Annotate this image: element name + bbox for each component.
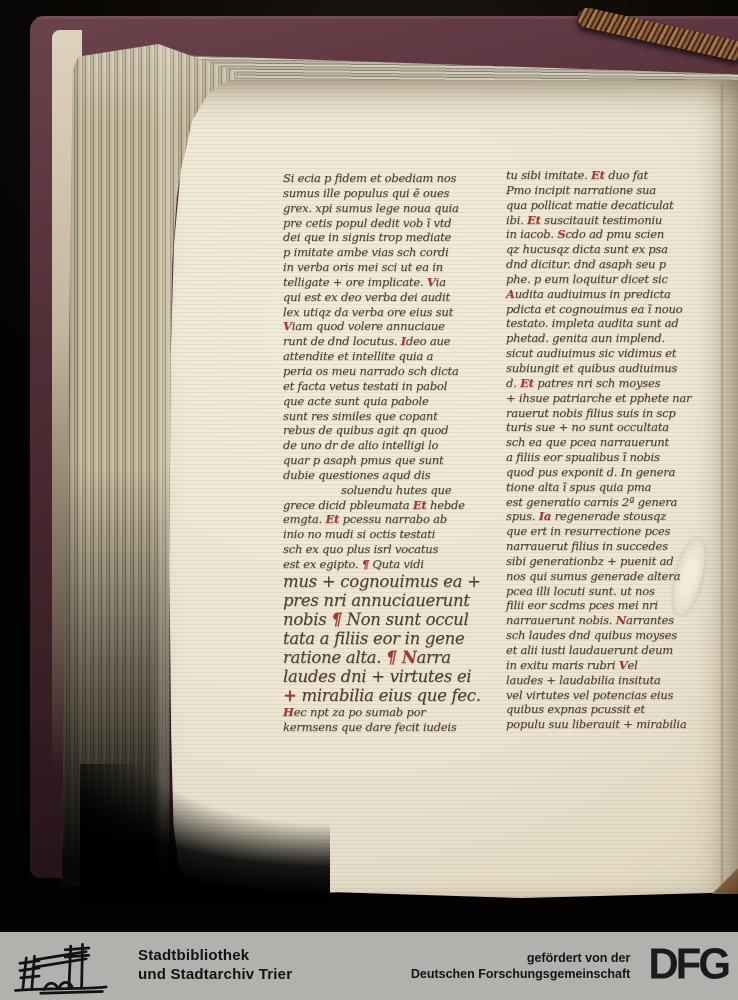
manuscript-line: mus + cognouimus ea + — [283, 572, 489, 591]
manuscript-line: + mirabilia eius que fec. — [283, 686, 489, 705]
manuscript-line: quibus expnas pcussit et — [506, 702, 712, 717]
ink-text: dei que in signis trop mediate — [283, 230, 451, 244]
ink-text: turis sue + no sunt occultata — [506, 420, 669, 434]
ink-text: quibus expnas pcussit et — [506, 702, 645, 716]
ink-text: peria os meu narrado sch dicta — [283, 364, 459, 378]
ink-text: pcea illi locuti sunt. ut nos — [506, 584, 655, 598]
funding-credit: gefördert von der Deutschen Forschungsge… — [411, 950, 631, 983]
funding-line2: Deutschen Forschungsgemeinschaft — [411, 966, 631, 982]
manuscript-line: spus. Ia regenerade stousqz — [506, 509, 712, 524]
ink-text: grex. xpi sumus lege noua quia — [283, 201, 459, 215]
ink-text: lex utiqz da verba ore eius sut — [283, 305, 453, 319]
manuscript-line: pre cetis popul dedit vob ī vtd — [283, 216, 489, 231]
ink-text: mus + cognouimus ea + — [283, 572, 481, 591]
manuscript-line: quod pus exponit d. In genera — [506, 465, 712, 480]
manuscript-line: tu sibi imitate. Et duo fat — [506, 168, 712, 183]
ink-text: el — [628, 658, 638, 672]
ink-text: que ert in resurrectione pces — [506, 524, 670, 538]
manuscript-line: sumus ille populus qui ē oues — [283, 186, 489, 201]
gutter-crease — [720, 84, 724, 884]
manuscript-line: sch laudes dnd quibus moyses — [506, 628, 712, 643]
book-photo: Si ecia p fidem et obediam nossumus ille… — [0, 0, 738, 932]
manuscript-line: pres nri annuciauerunt — [283, 591, 489, 610]
manuscript-line: quar p asaph pmus que sunt — [283, 453, 489, 468]
ink-text: duo fat — [605, 168, 648, 182]
ink-text: ia — [436, 275, 446, 289]
manuscript-line: sicut audiuimus sic vidimus et — [506, 346, 712, 361]
ink-text: a filiis eor spualibus ī nobis — [506, 450, 660, 464]
digitized-manuscript-view: Si ecia p fidem et obediam nossumus ille… — [0, 0, 738, 1000]
manuscript-line: qz hucusqz dicta sunt ex psa — [506, 242, 712, 257]
ink-text: sch ex quo plus isrl vocatus — [283, 542, 438, 556]
text-column-right: tu sibi imitate. Et duo fatPmo incipit n… — [506, 168, 712, 732]
manuscript-line: peria os meu narrado sch dicta — [283, 364, 489, 379]
ink-text: est generatio carnis 2ª genera — [506, 495, 677, 509]
manuscript-line: Hec npt za po sumab por — [283, 705, 489, 720]
ink-text: cdo ad pmu scien — [565, 227, 664, 241]
ink-text: sumus ille populus qui ē oues — [283, 186, 449, 200]
ink-text: grece dicid pbleumata — [283, 498, 413, 512]
ink-text: dubie questiones aqud dis — [283, 468, 430, 482]
ink-text: vel virtutes vel potencias eius — [506, 688, 673, 702]
manuscript-line: pcea illi locuti sunt. ut nos — [506, 584, 712, 599]
manuscript-line: in verba oris mei sci ut ea in — [283, 260, 489, 275]
ink-text: telligate + ore implicate. — [283, 275, 427, 289]
manuscript-line: sch ex quo plus isrl vocatus — [283, 542, 489, 557]
ink-text: subiungit et quibus audiuimus — [506, 361, 677, 375]
ink-text: Si ecia p fidem et obediam nos — [283, 171, 456, 185]
manuscript-line: est ex egipto. ¶ Quta vidi — [283, 557, 489, 572]
manuscript-line: que ert in resurrectione pces — [506, 524, 712, 539]
ink-text: spus. — [506, 509, 539, 523]
ink-text: de uno dr de alio intelligi lo — [283, 438, 438, 452]
ink-text: tu sibi imitate. — [506, 168, 591, 182]
rubricated-text: Ia — [539, 509, 551, 523]
manuscript-line: dubie questiones aqud dis — [283, 468, 489, 483]
ink-text: et facta vetus testati in pabol — [283, 379, 447, 393]
ink-text: qz hucusqz dicta sunt ex psa — [506, 242, 668, 256]
library-name: Stadtbibliothek und Stadtarchiv Trier — [138, 947, 292, 985]
manuscript-line: rauerut nobis filius suis in scp — [506, 406, 712, 421]
ink-text: sunt res similes que copant — [283, 409, 438, 423]
manuscript-line: narrauerut filius in succedes — [506, 539, 712, 554]
ink-text: in iacob. — [506, 227, 557, 241]
manuscript-line: Viam quod volere annuciaue — [283, 319, 489, 334]
ink-text: mirabilia eius que fec. — [297, 686, 481, 705]
manuscript-line: nos qui sumus generade altera — [506, 569, 712, 584]
rubricated-text: Et — [413, 498, 427, 512]
manuscript-line: turis sue + no sunt occultata — [506, 420, 712, 435]
manuscript-line: soluendu hutes que — [283, 483, 489, 498]
ink-text: p imitate ambe vias sch cordi — [283, 245, 449, 259]
rubricated-text: V — [619, 658, 628, 672]
manuscript-line: sch ea que pcea narrauerunt — [506, 435, 712, 450]
ink-text: dnd dicitur. dnd asaph seu p — [506, 257, 666, 271]
ink-text: est ex egipto. — [283, 557, 362, 571]
ink-text: qua pollicat matie decaticulat — [506, 198, 673, 212]
ink-text: regenerade stousqz — [551, 509, 666, 523]
manuscript-line: Si ecia p fidem et obediam nos — [283, 171, 489, 186]
rubricated-text: ¶ — [331, 610, 341, 629]
manuscript-line: nobis ¶ Non sunt occul — [283, 610, 489, 629]
manuscript-line: d. Et patres nri sch moyses — [506, 376, 712, 391]
manuscript-line: telligate + ore implicate. Via — [283, 275, 489, 290]
manuscript-line: vel virtutes vel potencias eius — [506, 688, 712, 703]
manuscript-line: phetad. genita aun implend. — [506, 331, 712, 346]
ink-text: rauerut nobis filius suis in scp — [506, 406, 676, 420]
ink-text: pre cetis popul dedit vob ī vtd — [283, 216, 451, 230]
manuscript-line: qua pollicat matie decaticulat — [506, 198, 712, 213]
manuscript-line: laudes dni + virtutes ei — [283, 667, 489, 686]
ink-text: ibi. — [506, 213, 527, 227]
rubricated-text: A — [506, 287, 515, 301]
rubricated-text: + — [283, 686, 297, 705]
ink-text: Quta vidi — [369, 557, 424, 571]
manuscript-line: tata a filiis eor in gene — [283, 629, 489, 648]
rubricated-text: H — [283, 705, 294, 719]
funding-line1: gefördert von der — [411, 950, 631, 966]
ink-text: pdicta et cognouimus ea ī nouo — [506, 302, 682, 316]
manuscript-line: Audita audiuimus in predicta — [506, 287, 712, 302]
ink-text: suscitauit testimoniu — [541, 213, 662, 227]
rubricated-text: Et — [520, 376, 534, 390]
manuscript-line: kermsens que dare fecit iudeis — [283, 720, 489, 735]
ink-text: Non sunt occul — [342, 610, 469, 629]
ink-text: udita audiuimus in predicta — [515, 287, 671, 301]
porta-nigra-sketch-logo-icon — [12, 938, 124, 996]
bottom-corner-shadow — [80, 764, 330, 904]
ink-text: patres nri sch moyses — [534, 376, 661, 390]
rubricated-text: Et — [591, 168, 605, 182]
manuscript-line: que acte sunt quia pabole — [283, 394, 489, 409]
manuscript-line: rebus de quibus agit qn quod — [283, 423, 489, 438]
ink-text: sch laudes dnd quibus moyses — [506, 628, 677, 642]
manuscript-line: lex utiqz da verba ore eius sut — [283, 305, 489, 320]
manuscript-line: laudes + laudabilia insituta — [506, 673, 712, 688]
ink-text: rebus de quibus agit qn quod — [283, 423, 448, 437]
ink-text: nos qui sumus generade altera — [506, 569, 680, 583]
manuscript-line: populu suu liberauit + mirabilia — [506, 717, 712, 732]
manuscript-line: phe. p eum loquitur dicet sic — [506, 272, 712, 287]
ink-text: filii eor scdms pces mei nri — [506, 598, 658, 612]
manuscript-line: Pmo incipit narratione sua — [506, 183, 712, 198]
ink-text: pres nri annuciauerunt — [283, 591, 470, 610]
ink-text: in verba oris mei sci ut ea in — [283, 260, 443, 274]
ink-text: emgta. — [283, 512, 325, 526]
ink-text: deo aue — [406, 334, 450, 348]
ink-text: soluendu hutes que — [341, 483, 451, 497]
manuscript-line: de uno dr de alio intelligi lo — [283, 438, 489, 453]
manuscript-line: + ihsue patriarche et pphete nar — [506, 391, 712, 406]
rubricated-text: Et — [527, 213, 541, 227]
rubricated-text: V — [427, 275, 436, 289]
ink-text: d. — [506, 376, 520, 390]
ink-text: attendite et intellite quia a — [283, 349, 433, 363]
manuscript-line: subiungit et quibus audiuimus — [506, 361, 712, 376]
footer-banner: Stadtbibliothek und Stadtarchiv Trier ge… — [0, 932, 738, 1000]
manuscript-line: testato. impleta audita sunt ad — [506, 316, 712, 331]
ink-text: phe. p eum loquitur dicet sic — [506, 272, 668, 286]
ink-text: que acte sunt quia pabole — [283, 394, 429, 408]
manuscript-line: p imitate ambe vias sch cordi — [283, 245, 489, 260]
ink-text: runt de dnd locutus. — [283, 334, 401, 348]
ink-text: sch ea que pcea narrauerunt — [506, 435, 669, 449]
library-name-line1: Stadtbibliothek — [138, 947, 292, 966]
manuscript-line: grece dicid pbleumata Et hebde — [283, 498, 489, 513]
ink-text: Pmo incipit narratione sua — [506, 183, 656, 197]
ink-text: kermsens que dare fecit iudeis — [283, 720, 457, 734]
text-column-left: Si ecia p fidem et obediam nossumus ille… — [283, 171, 489, 734]
ink-text: nobis — [283, 610, 331, 629]
manuscript-line: dei que in signis trop mediate — [283, 230, 489, 245]
manuscript-line: pdicta et cognouimus ea ī nouo — [506, 302, 712, 317]
manuscript-line: grex. xpi sumus lege noua quia — [283, 201, 489, 216]
manuscript-line: inio no mudi si octis testati — [283, 527, 489, 542]
ink-text: ratione alta. — [283, 648, 386, 667]
ink-text: narrauerunt nobis. — [506, 613, 616, 627]
ink-text: inio no mudi si octis testati — [283, 527, 435, 541]
ink-text: + ihsue patriarche et pphete nar — [506, 391, 691, 405]
ink-text: laudes + laudabilia insituta — [506, 673, 661, 687]
manuscript-line: a filiis eor spualibus ī nobis — [506, 450, 712, 465]
rubricated-text: ¶ N — [386, 648, 416, 667]
manuscript-line: ratione alta. ¶ Narra — [283, 648, 489, 667]
ink-text: tata a filiis eor in gene — [283, 629, 464, 648]
ink-text: sicut audiuimus sic vidimus et — [506, 346, 676, 360]
rubricated-text: Et — [325, 512, 339, 526]
manuscript-line: in iacob. Scdo ad pmu scien — [506, 227, 712, 242]
ink-text: tione alta ī spus quia pma — [506, 480, 651, 494]
manuscript-line: ibi. Et suscitauit testimoniu — [506, 213, 712, 228]
ink-text: et alii iusti laudauerunt deum — [506, 643, 673, 657]
manuscript-line: est generatio carnis 2ª genera — [506, 495, 712, 510]
ink-text: pcessu narrabo ab — [339, 512, 447, 526]
rubricated-text: ¶ — [362, 557, 369, 571]
manuscript-line: et facta vetus testati in pabol — [283, 379, 489, 394]
manuscript-line: sunt res similes que copant — [283, 409, 489, 424]
ink-text: quar p asaph pmus que sunt — [283, 453, 443, 467]
library-name-line2: und Stadtarchiv Trier — [138, 966, 292, 985]
ink-text: phetad. genita aun implend. — [506, 331, 665, 345]
manuscript-line: sibi generationbz + puenit ad — [506, 554, 712, 569]
manuscript-line: runt de dnd locutus. Ideo aue — [283, 334, 489, 349]
ink-text: narrauerut filius in succedes — [506, 539, 668, 553]
ink-text: iam quod volere annuciaue — [292, 319, 445, 333]
rubricated-text: N — [616, 613, 626, 627]
ink-text: qui est ex deo verba dei audit — [283, 290, 450, 304]
manuscript-line: qui est ex deo verba dei audit — [283, 290, 489, 305]
ink-text: laudes dni + virtutes ei — [283, 667, 471, 686]
rubricated-text: V — [283, 319, 292, 333]
ink-text: sibi generationbz + puenit ad — [506, 554, 673, 568]
manuscript-line: attendite et intellite quia a — [283, 349, 489, 364]
ink-text: arra — [417, 648, 451, 667]
manuscript-line: emgta. Et pcessu narrabo ab — [283, 512, 489, 527]
ink-text: ec npt za po sumab por — [294, 705, 426, 719]
manuscript-line: in exitu maris rubri Vel — [506, 658, 712, 673]
ink-text: quod pus exponit d. In genera — [506, 465, 675, 479]
manuscript-line: tione alta ī spus quia pma — [506, 480, 712, 495]
ink-text: populu suu liberauit + mirabilia — [506, 717, 686, 731]
dfg-logo: DFG — [648, 939, 728, 989]
manuscript-line: filii eor scdms pces mei nri — [506, 598, 712, 613]
ink-text: in exitu maris rubri — [506, 658, 619, 672]
manuscript-line: et alii iusti laudauerunt deum — [506, 643, 712, 658]
ink-text: testato. impleta audita sunt ad — [506, 316, 678, 330]
manuscript-line: narrauerunt nobis. Narrantes — [506, 613, 712, 628]
ink-text: arrantes — [626, 613, 674, 627]
manuscript-line: dnd dicitur. dnd asaph seu p — [506, 257, 712, 272]
ink-text: hebde — [427, 498, 465, 512]
